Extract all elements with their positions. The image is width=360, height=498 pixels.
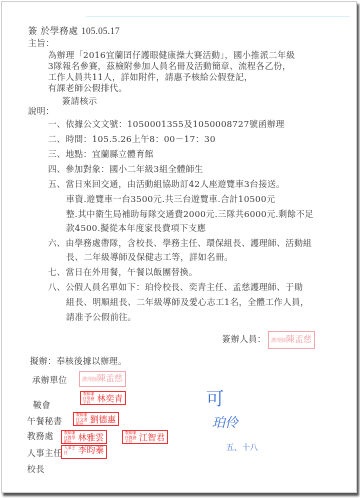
approval-stamp: 教師兼任教學組長林雅雲 — [61, 430, 107, 444]
stamp-title: 教師兼任教學組長 — [64, 431, 78, 445]
explanation-item: 一、依據公文文號：1050001355及1050008727號函辦理 — [48, 120, 284, 130]
subject-line: 3隊報名參賽，茲檢附參加人員名冊及活動簡章、流程各乙份， — [48, 62, 291, 72]
approval-role: 鞁會 — [33, 401, 51, 411]
handwritten-signature: 珀伶 — [212, 412, 238, 431]
approval-role: 午餐秘書 — [27, 417, 62, 427]
stamp-name: 林奕青 — [97, 394, 123, 404]
approval-stamp: 教師兼任學務主任林奕青 — [80, 391, 126, 405]
subject-label: 主旨： — [28, 39, 54, 49]
approval-stamp: 教師兼任教務主任江智君 — [122, 430, 168, 444]
explanation-item: 七、當日在外用餐，午餐以飯團替換。 — [48, 268, 198, 278]
explanation-item: 四、參加對象：國小二年級3組全體師生 — [48, 165, 203, 175]
sign-char: 簽 — [28, 26, 37, 37]
top-rule — [86, 16, 350, 17]
explanation-item: 八、公假人員名單如下：珀伶校長、奕青主任、孟慈護理師、于勛 — [48, 283, 303, 293]
stamp-name: 陳孟慈 — [97, 374, 123, 384]
explanation-item-cont: 請准予公假前往。 — [66, 313, 136, 323]
approval-role: 校長 — [27, 465, 45, 475]
stamp-title: 人事主任 — [64, 446, 78, 455]
stamp-name: 林雅雲 — [78, 433, 104, 443]
explanation-item: 二、時間：105.5.26上午8：00－17：30 — [48, 135, 215, 145]
explanation-item-cont: 長、二年級導師及保健志工等，詳如名冊。 — [66, 253, 233, 263]
document-header: 簽 於學務處 105.05.17 — [28, 26, 120, 37]
stamp-name: 李昀蓁 — [78, 446, 104, 456]
stamp-title: 教師兼任學務主任 — [83, 392, 97, 406]
explanation-item: 三、地點：宜蘭縣立體育館 — [48, 150, 154, 160]
signer-label: 簽辦人員： — [222, 335, 266, 345]
approval-stamp: 人事主任李昀蓁 — [61, 445, 107, 459]
subject-line: 有課老師公假排代。 — [48, 84, 127, 94]
explanation-item-cont: 車資.遊覽車一台3500元.共三台遊覽車.合計10500元 — [66, 195, 275, 205]
subject-line: 工作人員共11人，詳如附件，請惠予核給公假登記， — [48, 73, 253, 83]
handwritten-date: 五、十八 — [226, 442, 258, 453]
subject-line: 為辦理「2016宜蘭囝仔護眼健康操大賽活動」，國小推派二年級 — [48, 51, 295, 61]
explanation-item-cont: 整.其中衛生局補助每隊交通費2000元.三隊共6000元.剩餘不足 — [66, 210, 314, 220]
document-page: 簽 於學務處 105.05.17 主旨： 為辦理「2016宜蘭囝仔護眼健康操大賽… — [1, 1, 357, 493]
stamp-title: 護理師 — [82, 377, 97, 383]
explanation-item: 六、由學務處帶隊，含校長、學務主任、環保組長、護理師、活動組 — [48, 239, 312, 249]
approval-stamp: 護理師陳孟慈 — [79, 371, 126, 387]
handwritten-approval: 可 — [206, 385, 224, 411]
stamp-name: 劉德惠 — [90, 415, 116, 425]
explanation-label: 說明： — [28, 107, 54, 117]
signer-stamp: 護理師陳孟慈 — [268, 331, 315, 349]
stamp-name: 江智君 — [139, 433, 165, 443]
approval-role: 教務處 — [27, 432, 53, 442]
office: 於學務處 — [41, 26, 79, 37]
explanation-item-cont: 組長、明順組長、二年級導師及愛心志工1名，全體工作人員， — [66, 298, 309, 308]
proposal-text: 擬辦：奉核後據以辦理。 — [30, 357, 127, 367]
date: 105.05.17 — [81, 26, 120, 36]
approval-role: 承辦單位 — [32, 376, 67, 386]
stamp-name: 陳孟慈 — [286, 335, 312, 345]
subject-closing: 簽請核示 — [62, 97, 97, 107]
stamp-title: 教師兼任教務主任 — [125, 431, 139, 445]
stamp-title: 教師兼任文書組長 — [76, 413, 90, 427]
explanation-item-cont: 款4500.擬從本年度家長費項下支應 — [66, 224, 206, 234]
approval-stamp: 教師兼任文書組長劉德惠 — [73, 412, 119, 426]
approval-role: 人事主任 — [27, 449, 62, 459]
stamp-title: 護理師 — [271, 338, 286, 344]
explanation-item: 五、當日來回交通，由活動組協助訂42人座遊覽車3台接送。 — [48, 180, 285, 190]
